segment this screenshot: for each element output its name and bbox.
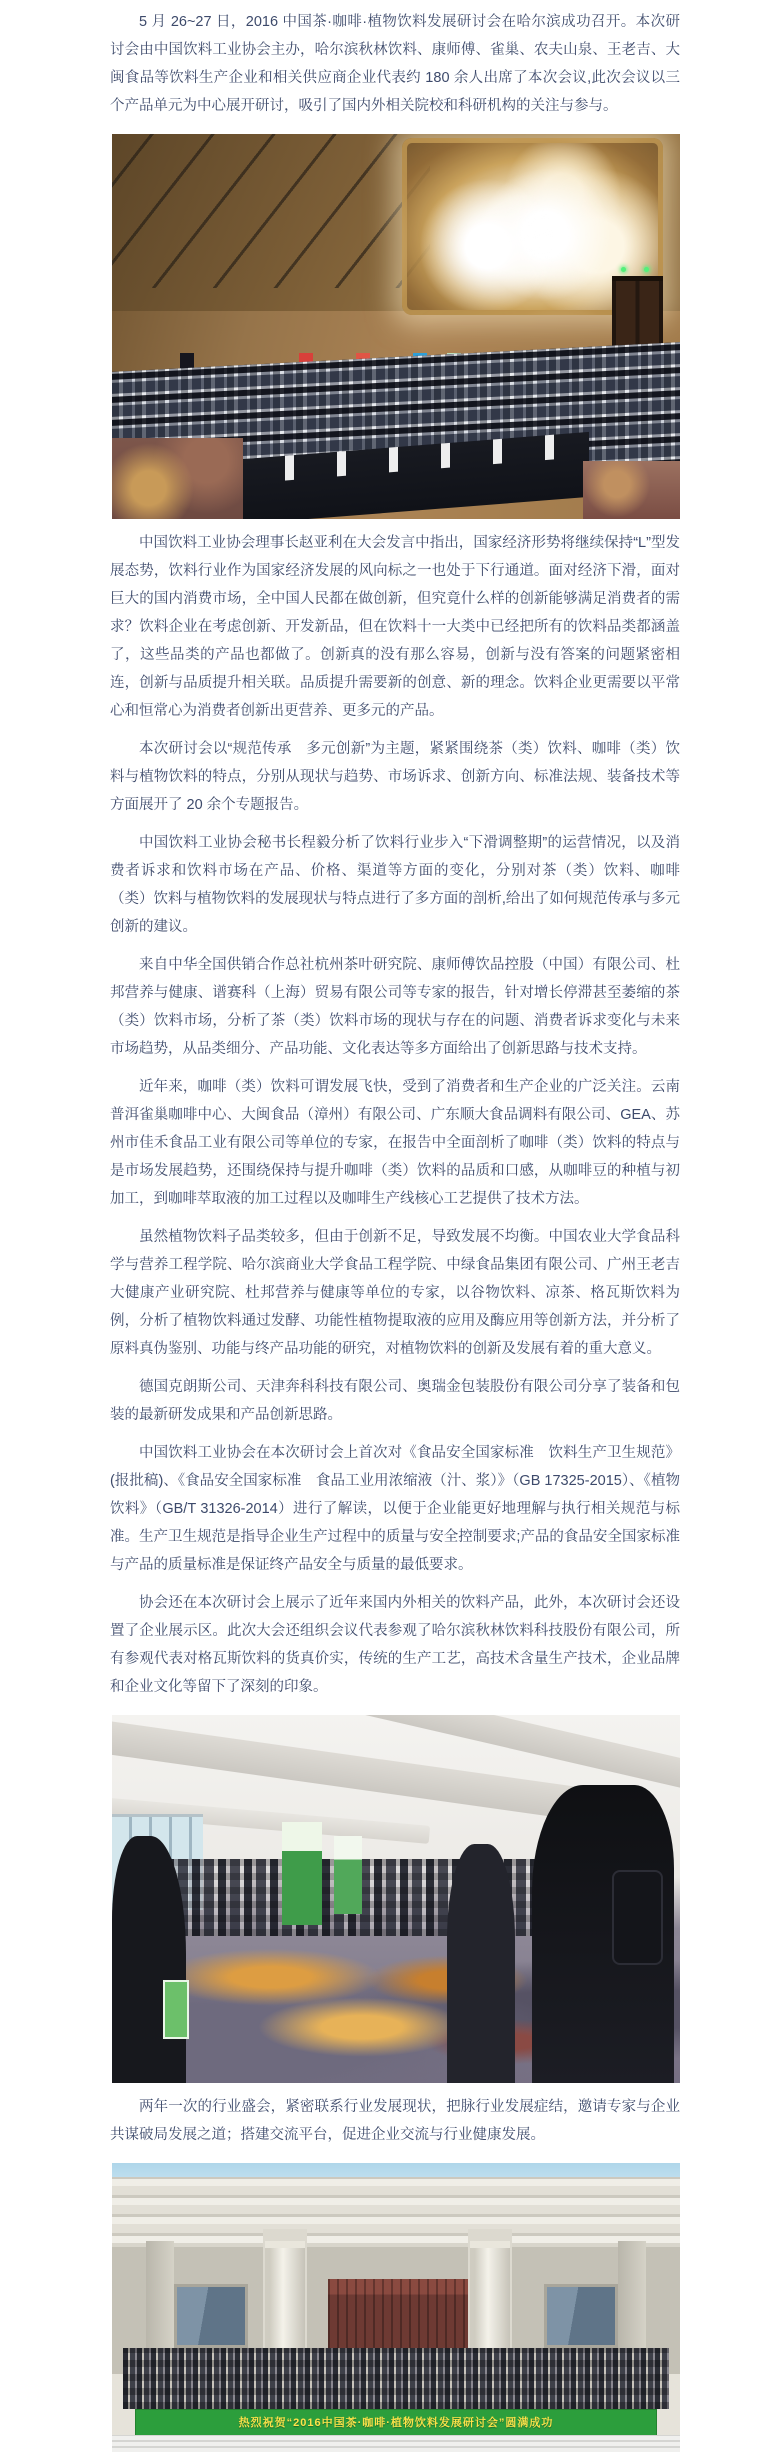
carpet (583, 461, 680, 519)
group-photo: 热烈祝贺“2016中国茶·咖啡·植物饮料发展研讨会”圆满成功 (112, 2163, 680, 2452)
window (544, 2284, 618, 2348)
paragraph: 中国饮料工业协会在本次研讨会上首次对《食品安全国家标准 饮料生产卫生规范》(报批… (110, 1439, 680, 1579)
exit-light (621, 267, 626, 272)
banner-text: 热烈祝贺“2016中国茶·咖啡·植物饮料发展研讨会”圆满成功 (239, 2414, 554, 2430)
paragraph-intro: 5 月 26~27 日，2016 中国茶·咖啡·植物饮料发展研讨会在哈尔滨成功召… (110, 8, 680, 120)
group-attendees (123, 2348, 668, 2409)
green-folder (163, 1980, 189, 2039)
paragraph: 本次研讨会以“规范传承 多元创新”为主题，紧紧围绕茶（类）饮料、咖啡（类）饮料与… (110, 735, 680, 819)
display-stand (282, 1822, 322, 1925)
backpack (612, 1870, 663, 1966)
paragraph: 来自中华全国供销合作总社杭州茶叶研究院、康师傅饮品控股（中国）有限公司、杜邦营养… (110, 951, 680, 1063)
window (174, 2284, 248, 2348)
paragraph: 协会还在本次研讨会上展示了近年来国内外相关的饮料产品，此外，本次研讨会还设置了企… (110, 1589, 680, 1701)
paragraph-closing: 两年一次的行业盛会，紧密联系行业发展现状，把脉行业发展症结，邀请专家与企业共谋破… (110, 2093, 680, 2149)
paragraph: 虽然植物饮料子品类较多，但由于创新不足，导致发展不均衡。中国农业大学食品科学与营… (110, 1223, 680, 1363)
exhibition-photo (112, 1715, 680, 2083)
paragraph: 德国克朗斯公司、天津奔科科技有限公司、奥瑞金包装股份有限公司分享了装备和包装的最… (110, 1373, 680, 1429)
foreground-person (447, 1844, 515, 2083)
congratulation-banner: 热烈祝贺“2016中国茶·咖啡·植物饮料发展研讨会”圆满成功 (135, 2409, 658, 2436)
article-page: 5 月 26~27 日，2016 中国茶·咖啡·植物饮料发展研讨会在哈尔滨成功召… (110, 0, 680, 2452)
building-cornice (112, 2177, 680, 2246)
foreground-person (112, 1836, 186, 2083)
carpet (112, 438, 243, 519)
ceiling-beams (112, 134, 430, 288)
conference-photo (112, 134, 680, 519)
steps (112, 2435, 680, 2452)
paragraph: 中国饮料工业协会理事长赵亚利在大会发言中指出，国家经济形势将继续保持“L”型发展… (110, 529, 680, 725)
paragraph: 中国饮料工业协会秘书长程毅分析了饮料行业步入“下滑调整期”的运营情况，以及消费者… (110, 829, 680, 941)
paragraph: 近年来，咖啡（类）饮料可谓发展飞快，受到了消费者和生产企业的广泛关注。云南普洱雀… (110, 1073, 680, 1213)
exit-light (644, 267, 649, 272)
display-stand (334, 1836, 362, 1913)
